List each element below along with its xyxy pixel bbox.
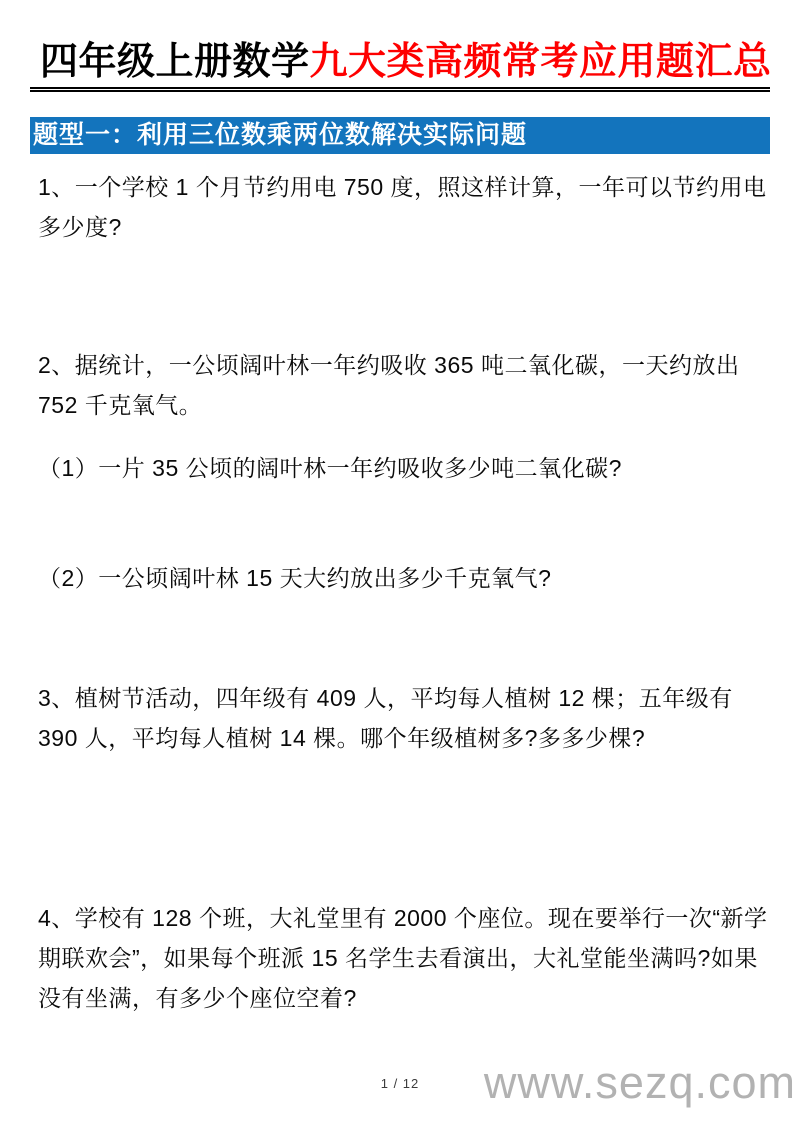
problem-2-sub-question-2: （2）一公顷阔叶林 15 天大约放出多少千克氧气? (30, 558, 772, 598)
page-title: 四年级上册数学九大类高频常考应用题汇总 (30, 41, 770, 92)
section-banner: 题型一：利用三位数乘两位数解决实际问题 (30, 117, 770, 154)
worksheet-page: 四年级上册数学九大类高频常考应用题汇总 题型一：利用三位数乘两位数解决实际问题 … (0, 0, 800, 1131)
problem-2-sub-question-1: （1）一片 35 公顷的阔叶林一年约吸收多少吨二氧化碳? (30, 448, 772, 488)
watermark: www.sezq.com (484, 1057, 796, 1109)
problem-1-text: 1、一个学校 1 个月节约用电 750 度，照这样计算，一年可以节约用电多少度? (30, 167, 772, 247)
problem-4-text: 4、学校有 128 个班，大礼堂里有 2000 个座位。现在要举行一次“新学期联… (30, 898, 772, 1018)
page-title-black-part: 四年级上册数学 (40, 41, 310, 83)
problem-3-text: 3、植树节活动，四年级有 409 人，平均每人植树 12 棵；五年级有 390 … (30, 678, 772, 758)
page-content: 四年级上册数学九大类高频常考应用题汇总 题型一：利用三位数乘两位数解决实际问题 … (0, 41, 800, 1018)
problem-2-text: 2、据统计，一公顷阔叶林一年约吸收 365 吨二氧化碳，一天约放出 752 千克… (30, 345, 772, 425)
page-title-red-part: 九大类高频常考应用题汇总 (310, 41, 772, 83)
